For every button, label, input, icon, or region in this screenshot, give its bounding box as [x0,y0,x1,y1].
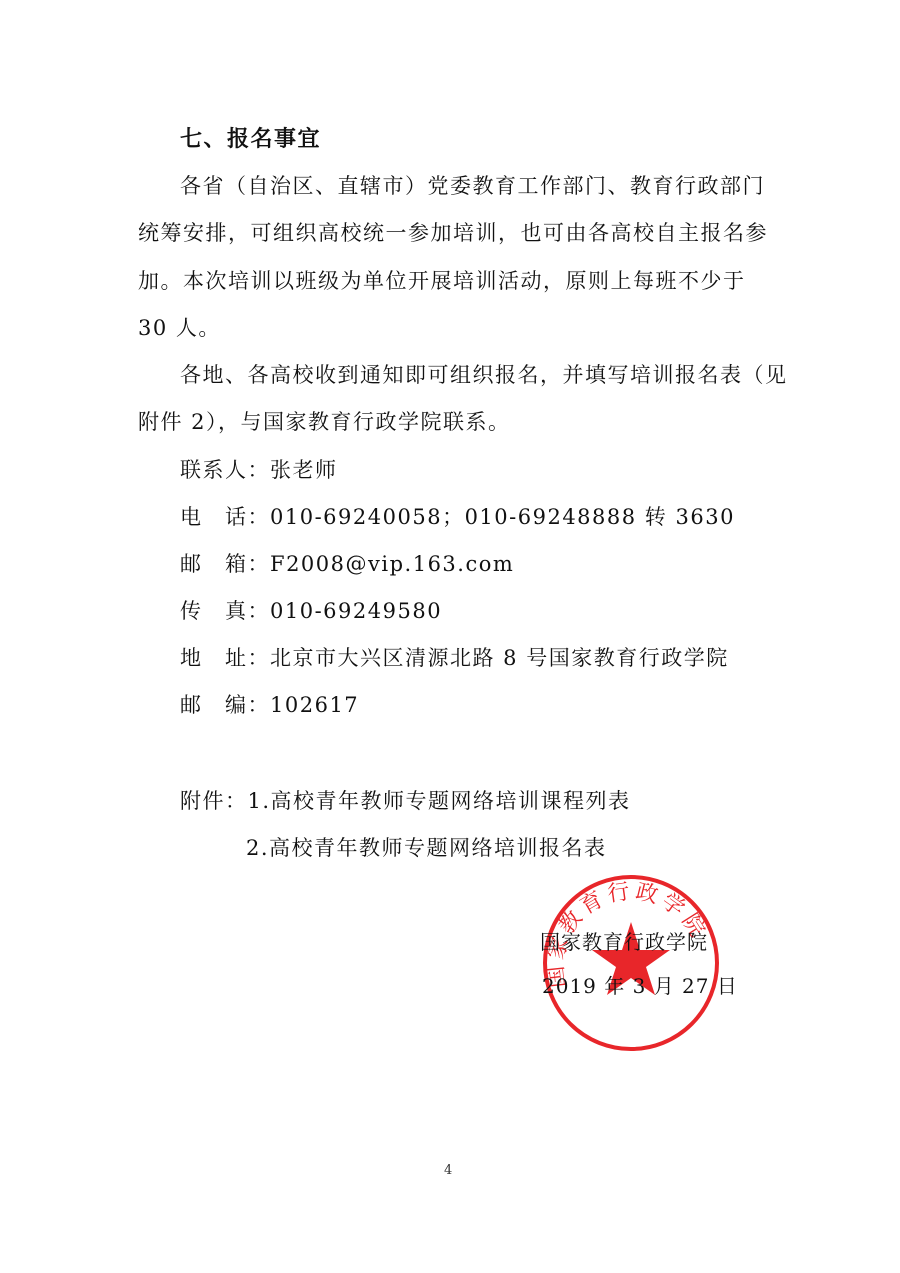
section-heading: 七、报名事宜 [180,122,321,153]
contact-postcode-value: 102617 [270,693,359,717]
signature-organization: 国家教育行政学院 [540,926,708,955]
contact-phone-label: 电 话： [180,505,270,529]
attachment-2: 2.高校青年教师专题网络培训报名表 [246,832,607,862]
contact-fax-value: 010-69249580 [270,599,442,623]
contact-address-label: 地 址： [180,646,270,670]
signature-date: 2019 年 3 月 27 日 [542,970,738,999]
paragraph-1-line-1: 各省（自治区、直辖市）党委教育工作部门、教育行政部门 [180,170,765,200]
contact-person-label: 联系人： [180,458,270,482]
contact-person: 联系人：张老师 [180,454,338,484]
attachment-item: 1.高校青年教师专题网络培训课程列表 [248,789,631,813]
contact-email: 邮 箱：F2008@vip.163.com [180,548,514,578]
contact-email-label: 邮 箱： [180,552,270,576]
paragraph-2-line-2: 附件 2），与国家教育行政学院联系。 [138,406,511,436]
contact-fax: 传 真：010-69249580 [180,595,442,625]
contact-address-value: 北京市大兴区清源北路 8 号国家教育行政学院 [270,646,729,670]
contact-email-value: F2008@vip.163.com [270,552,514,576]
contact-phone: 电 话：010-69240058；010-69248888 转 3630 [180,501,735,531]
contact-postcode-label: 邮 编： [180,693,270,717]
paragraph-1-line-3: 加。本次培训以班级为单位开展培训活动，原则上每班不少于 [138,265,746,295]
contact-address: 地 址：北京市大兴区清源北路 8 号国家教育行政学院 [180,642,729,672]
paragraph-1-line-2: 统筹安排，可组织高校统一参加培训，也可由各高校自主报名参 [138,217,768,247]
paragraph-1-line-4: 30 人。 [138,312,221,342]
paragraph-2-line-1: 各地、各高校收到通知即可组织报名，并填写培训报名表（见 [180,359,788,389]
contact-phone-value: 010-69240058；010-69248888 转 3630 [270,505,735,529]
contact-person-value: 张老师 [270,458,338,482]
contact-postcode: 邮 编：102617 [180,689,359,719]
attachment-1: 附件：1.高校青年教师专题网络培训课程列表 [180,785,631,815]
page-number: 4 [444,1163,452,1178]
official-seal-stamp: 国家教育行政学院 [540,872,722,1054]
contact-fax-label: 传 真： [180,599,270,623]
attachments-label: 附件： [180,789,248,813]
